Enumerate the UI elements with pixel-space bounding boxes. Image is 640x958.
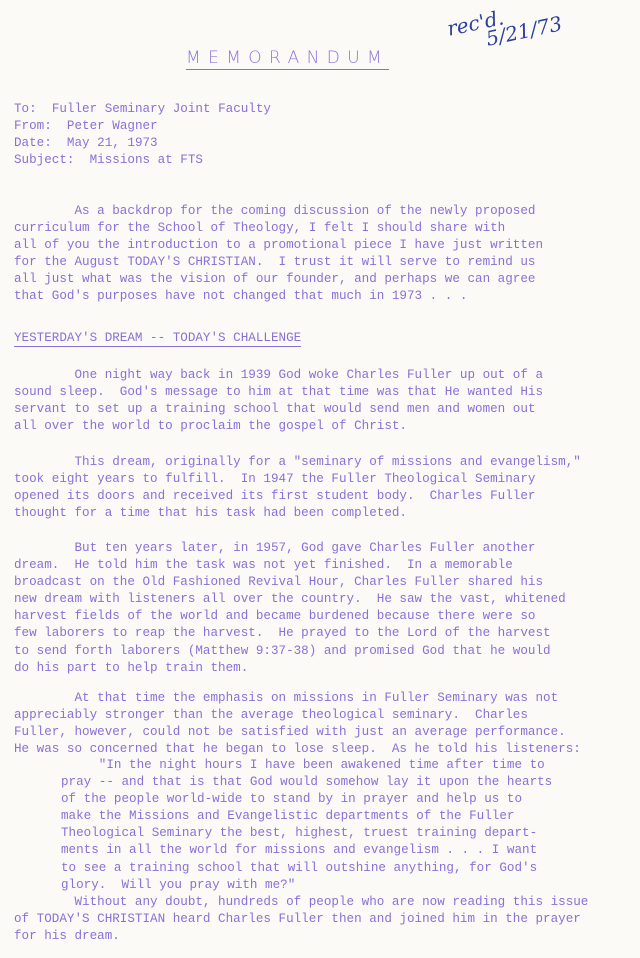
- body-paragraph-2: This dream, originally for a "seminary o…: [14, 454, 581, 522]
- intro-paragraph: As a backdrop for the coming discussion …: [14, 203, 543, 306]
- subject-value: Missions at FTS: [90, 153, 203, 167]
- date-value: May 21, 1973: [67, 136, 158, 150]
- subject-label: Subject:: [14, 153, 74, 167]
- to-label: To:: [14, 102, 37, 116]
- from-label: From:: [14, 119, 52, 133]
- fuller-quote: "In the night hours I have been awakened…: [61, 757, 552, 894]
- from-value: Peter Wagner: [67, 119, 158, 133]
- memo-page: rec'd. 5/21/73 MEMORANDUM To: Fuller Sem…: [0, 0, 640, 958]
- body-paragraph-5: Without any doubt, hundreds of people wh…: [14, 894, 588, 945]
- section-heading: YESTERDAY'S DREAM -- TODAY'S CHALLENGE: [14, 331, 301, 347]
- body-paragraph-3: But ten years later, in 1957, God gave C…: [14, 540, 566, 677]
- to-value: Fuller Seminary Joint Faculty: [52, 102, 271, 116]
- date-label: Date:: [14, 136, 52, 150]
- body-paragraph-1: One night way back in 1939 God woke Char…: [14, 367, 543, 435]
- memo-title: MEMORANDUM: [186, 48, 389, 70]
- body-paragraph-4: At that time the emphasis on missions in…: [14, 690, 581, 758]
- memo-header: To: Fuller Seminary Joint Faculty From: …: [14, 101, 271, 169]
- handwritten-received-note: rec'd. 5/21/73: [445, 0, 563, 55]
